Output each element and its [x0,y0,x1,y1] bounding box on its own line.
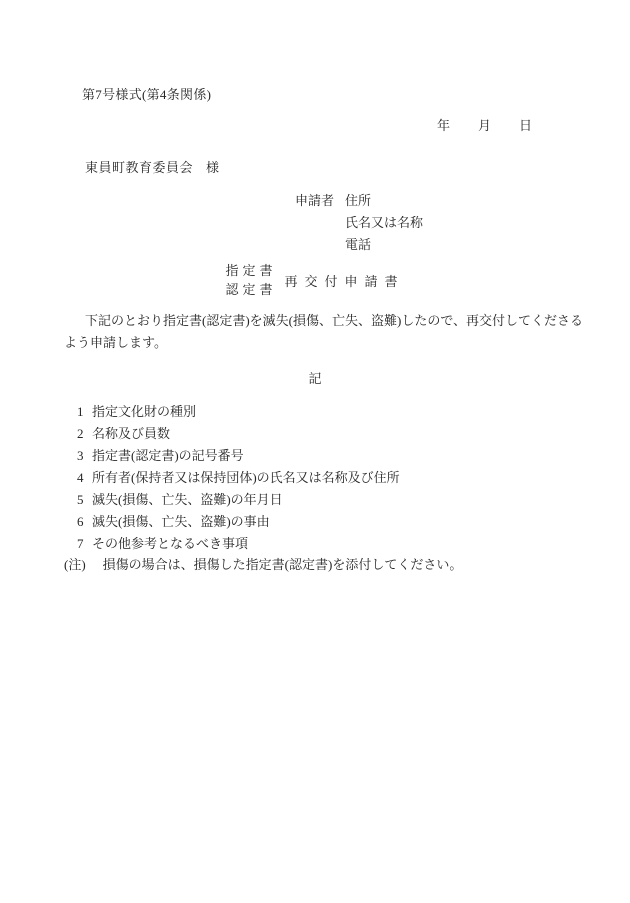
applicant-fields: 住所 氏名又は名称 電話 [345,190,423,256]
item-list: 1 指定文化財の種別 2 名称及び員数 3 指定書(認定書)の記号番号 4 所有… [77,401,400,555]
list-item-text: その他参考となるべき事項 [92,533,248,555]
list-item-number: 4 [77,467,92,489]
list-item: 7 その他参考となるべき事項 [77,533,400,555]
list-item-number: 1 [77,401,92,423]
list-item-number: 7 [77,533,92,555]
list-item-text: 滅失(損傷、亡失、盗難)の事由 [92,511,270,533]
list-item-number: 6 [77,511,92,533]
list-item: 5 滅失(損傷、亡失、盗難)の年月日 [77,489,400,511]
list-item-text: 指定書(認定書)の記号番号 [92,445,244,467]
applicant-block: 申請者 住所 氏名又は名称 電話 [295,190,423,256]
applicant-field-name: 氏名又は名称 [345,212,423,234]
list-item-text: 所有者(保持者又は保持団体)の氏名又は名称及び住所 [92,467,400,489]
list-item-number: 5 [77,489,92,511]
footnote-label: (注) [64,554,86,576]
addressee-name: 東員町教育委員会 [85,160,193,175]
document-title: 指定書 認定書 再交付申請書 [0,261,630,299]
date-day-label: 日 [519,115,532,134]
addressee-line: 東員町教育委員会様 [85,157,220,176]
title-stacked-top: 指定書 [225,261,276,280]
applicant-label: 申請者 [295,190,334,212]
body-paragraph: 下記のとおり指定書(認定書)を滅失(損傷、亡失、盗難)したので、再交付してくださ… [64,310,583,354]
body-line-1: 下記のとおり指定書(認定書)を滅失(損傷、亡失、盗難)したので、再交付してくださ… [64,310,583,332]
date-year-label: 年 [437,115,450,134]
list-item: 3 指定書(認定書)の記号番号 [77,445,400,467]
list-item: 2 名称及び員数 [77,423,400,445]
list-item-text: 指定文化財の種別 [92,401,196,423]
list-item-text: 名称及び員数 [92,423,170,445]
applicant-field-address: 住所 [345,190,423,212]
title-stacked-bottom: 認定書 [225,280,276,299]
date-line: 年 月 日 [437,115,532,134]
title-stacked-pair: 指定書 認定書 [225,261,276,299]
list-item-number: 3 [77,445,92,467]
list-item: 6 滅失(損傷、亡失、盗難)の事由 [77,511,400,533]
list-item-text: 滅失(損傷、亡失、盗難)の年月日 [92,489,283,511]
list-item-number: 2 [77,423,92,445]
title-main: 再交付申請書 [285,271,405,290]
addressee-honorific: 様 [206,160,220,175]
document-page: 第7号様式(第4条関係) 年 月 日 東員町教育委員会様 申請者 住所 氏名又は… [0,0,630,903]
footnote: (注) 損傷の場合は、損傷した指定書(認定書)を添付してください。 [64,554,462,576]
list-item: 4 所有者(保持者又は保持団体)の氏名又は名称及び住所 [77,467,400,489]
date-month-label: 月 [478,115,491,134]
body-line-2: よう申請します。 [64,332,583,354]
form-number: 第7号様式(第4条関係) [82,84,211,103]
footnote-text: 損傷の場合は、損傷した指定書(認定書)を添付してください。 [103,554,463,576]
record-marker: 記 [0,368,630,387]
applicant-field-phone: 電話 [345,234,423,256]
list-item: 1 指定文化財の種別 [77,401,400,423]
